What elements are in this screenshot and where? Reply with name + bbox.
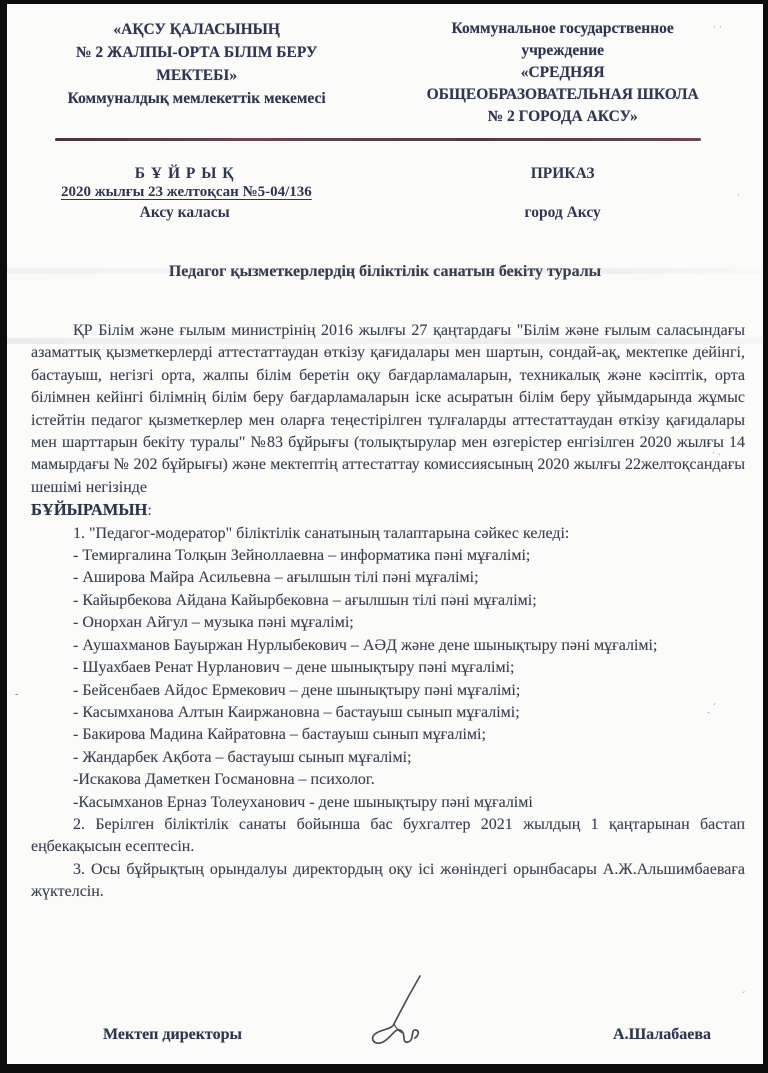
- teacher-line: - Шуахбаев Ренат Нурланович – дене шынық…: [7, 657, 763, 679]
- letterhead-kk-line: МЕКТЕБІ»: [27, 64, 366, 87]
- teacher-line: - Бакирова Мадина Кайратовна – бастауыш …: [7, 724, 763, 746]
- letterhead-ru-line: № 2 ГОРОДА АКСУ»: [376, 106, 749, 128]
- scan-speck: ˈ: [737, 194, 740, 204]
- document-page: «АҚСУ ҚАЛАСЫНЫҢ № 2 ЖАЛПЫ-ОРТА БІЛІМ БЕР…: [7, 4, 763, 1064]
- city-kk: Аксу каласы: [7, 204, 362, 222]
- city-ru: город Аксу: [362, 204, 763, 222]
- scan-speck: ˊ: [742, 992, 745, 1002]
- scan-speck: ˏ ˊ: [707, 704, 716, 714]
- teacher-line: - Аширова Майра Асильевна – ағылшын тілі…: [7, 567, 763, 589]
- scan-speck: ˈ ˑ: [712, 452, 721, 462]
- letterhead-russian: Коммунальное государственное учреждение …: [376, 18, 749, 128]
- teacher-line: - Темиргалина Толқын Зейноллаевна – инфо…: [7, 545, 763, 567]
- letterhead-ru-line: «СРЕДНЯЯ: [376, 62, 749, 84]
- preamble-paragraph: ҚР Білім және ғылым министрінің 2016 жыл…: [7, 320, 763, 499]
- teacher-line: -Искакова Даметкен Госмановна – психолог…: [7, 769, 763, 791]
- teacher-line: - Аушахманов Бауыржан Нурлыбекович – АӘД…: [7, 635, 763, 657]
- signer-name: А.Шалабаева: [613, 1026, 711, 1044]
- teacher-line: - Онорхан Айгул – музыка пәні мұғалімі;: [7, 612, 763, 634]
- letterhead-ru-line: учреждение: [376, 40, 749, 62]
- scan-speck: ˈ ˈ: [713, 26, 722, 36]
- resolve-word: БҰЙЫРАМЫН: [31, 500, 147, 519]
- teacher-line: - Жандарбек Ақбота – бастауыш сынып мұға…: [7, 747, 763, 769]
- order-date-number: 2020 жылғы 23 желтоқсан №5-04/136: [61, 184, 763, 201]
- order-cities-row: Аксу каласы город Аксу: [7, 204, 763, 222]
- divider-line: [55, 138, 701, 141]
- order-item-1: 1. "Педагог-модератор" біліктілік санаты…: [7, 523, 763, 545]
- teacher-line: - Кайырбекова Айдана Кайырбековна – ағыл…: [7, 590, 763, 612]
- signature-block: Мектеп директоры А.Шалабаева: [7, 1026, 763, 1044]
- letterhead-kk-line: Коммуналдық мемлекеттік мекемесі: [27, 87, 366, 110]
- order-item-2: 2. Берілген біліктілік санаты бойынша ба…: [7, 814, 763, 859]
- order-item-3: 3. Осы бұйрықтың орындалуы директордың о…: [7, 859, 763, 904]
- letterhead-kk-line: № 2 ЖАЛПЫ-ОРТА БІЛІМ БЕРУ: [27, 41, 366, 64]
- scan-speck: ‑: [15, 690, 18, 700]
- order-label-kk: Б Ұ Й Р Ы Қ: [7, 165, 362, 183]
- letterhead: «АҚСУ ҚАЛАСЫНЫҢ № 2 ЖАЛПЫ-ОРТА БІЛІМ БЕР…: [7, 4, 763, 128]
- teacher-line: - Касымханова Алтын Каиржановна – бастау…: [7, 702, 763, 724]
- signer-role: Мектеп директоры: [103, 1026, 242, 1044]
- resolve-line: БҰЙЫРАМЫН:: [7, 499, 763, 522]
- order-title: Педагог қызметкерлердің біліктілік санат…: [27, 263, 743, 281]
- resolve-colon: :: [147, 502, 151, 519]
- letterhead-kk-line: «АҚСУ ҚАЛАСЫНЫҢ: [27, 18, 366, 41]
- order-label-ru: ПРИКАЗ: [362, 165, 763, 183]
- teacher-line: -Касымханов Ерназ Толеуханович - дене шы…: [7, 792, 763, 814]
- teacher-line: - Бейсенбаев Айдос Ермекович – дене шыны…: [7, 680, 763, 702]
- order-date-number-text: 2020 жылғы 23 желтоқсан №5-04/136: [61, 184, 312, 200]
- order-heading-row: Б Ұ Й Р Ы Қ ПРИКАЗ: [7, 165, 763, 183]
- scanned-order-image: { "doc": { "letterhead_kk": [ "«АҚСУ ҚАЛ…: [0, 0, 768, 1073]
- letterhead-kazakh: «АҚСУ ҚАЛАСЫНЫҢ № 2 ЖАЛПЫ-ОРТА БІЛІМ БЕР…: [27, 18, 376, 128]
- letterhead-ru-line: Коммунальное государственное: [376, 18, 749, 40]
- letterhead-ru-line: ОБЩЕОБРАЗОВАТЕЛЬНАЯ ШКОЛА: [376, 84, 749, 106]
